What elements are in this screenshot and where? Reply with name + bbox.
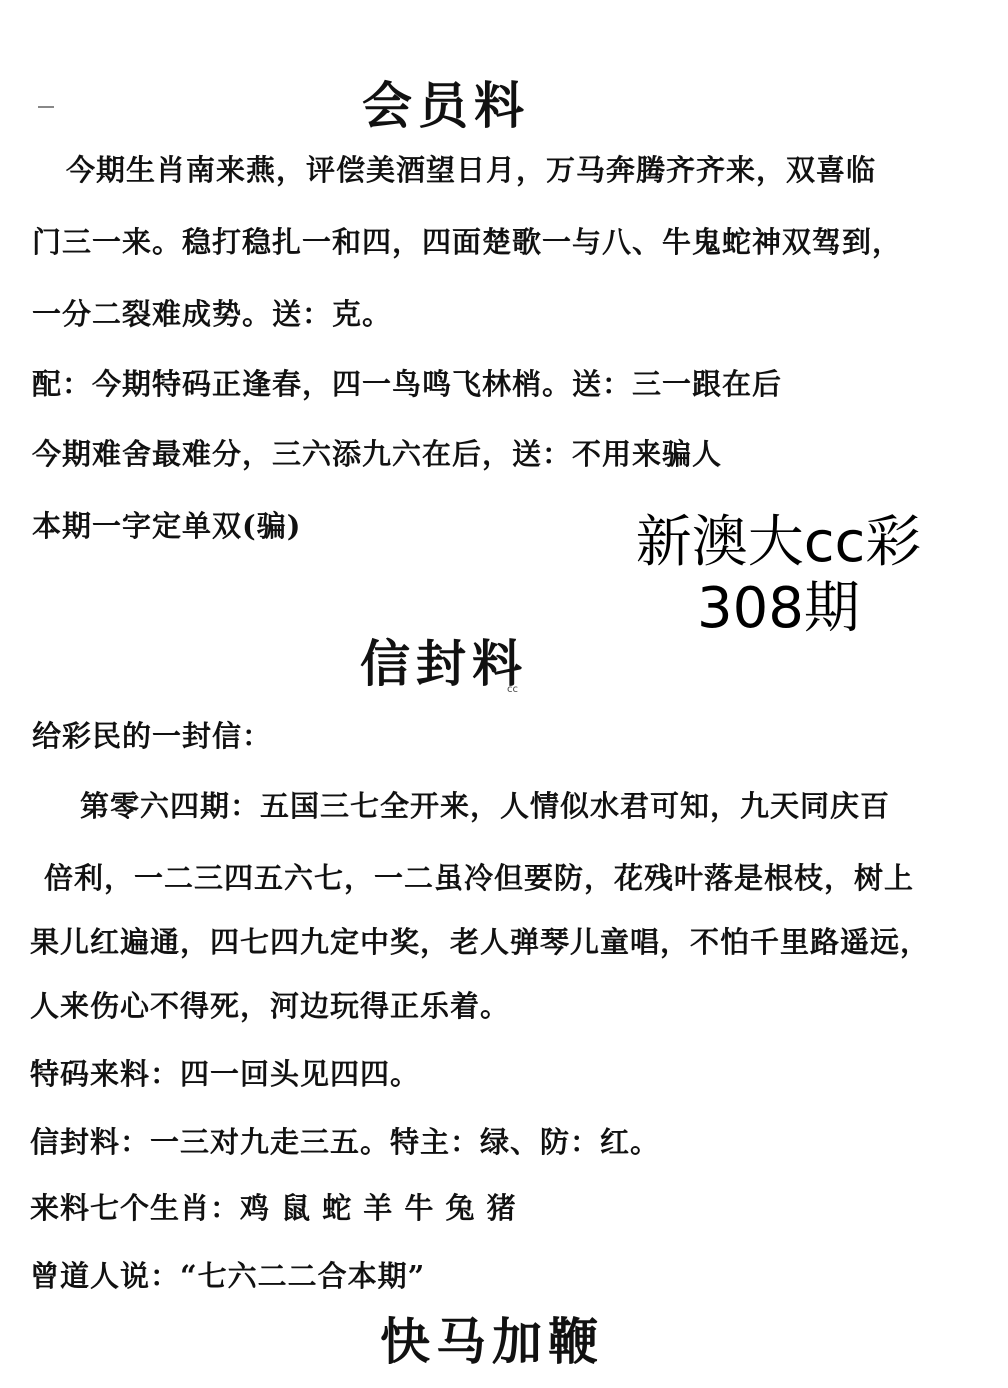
member-line-3: 一分二裂难成势。送：克。 xyxy=(32,292,392,333)
member-line-6: 本期一字定单双(骗) xyxy=(32,504,301,545)
envelope-line-1: 给彩民的一封信： xyxy=(32,714,272,755)
member-line-4: 配：今期特码正逢春，四一鸟鸣飞林梢。送：三一跟在后 xyxy=(32,362,782,403)
envelope-line-7: 信封料：一三对九走三五。特主：绿、防：红。 xyxy=(30,1120,660,1161)
section-title-member: 会员料 xyxy=(362,66,530,138)
envelope-line-4: 果儿红遍通，四七四九定中奖，老人弹琴儿童唱，不怕千里路遥远， xyxy=(30,920,930,961)
member-line-1: 今期生肖南来燕，评偿美酒望日月，万马奔腾齐齐来，双喜临 xyxy=(66,148,876,189)
envelope-line-8: 来料七个生肖：鸡 鼠 蛇 羊 牛 兔 猪 xyxy=(30,1186,517,1227)
overlay-brand: 新澳大cc彩 xyxy=(606,510,951,576)
envelope-line-5: 人来伤心不得死，河边玩得正乐着。 xyxy=(30,984,510,1025)
footer-title: 快马加鞭 xyxy=(380,1302,604,1374)
section-title-envelope: 信封料 xyxy=(360,624,528,696)
member-line-2: 门三一来。稳打稳扎一和四，四面楚歌一与八、牛鬼蛇神双驾到， xyxy=(32,220,902,261)
member-line-5: 今期难舍最难分，三六添九六在后，送：不用来骗人 xyxy=(32,432,722,473)
envelope-line-3: 倍利，一二三四五六七，一二虽冷但要防，花残叶落是根枝，树上 xyxy=(44,856,914,897)
scan-mark xyxy=(38,106,54,108)
envelope-line-6: 特码来料：四一回头见四四。 xyxy=(30,1052,420,1093)
overlay-issue: 308期 xyxy=(606,576,951,642)
overlay-caption: 新澳大cc彩 308期 xyxy=(606,510,951,642)
envelope-line-9: 曾道人说：“七六二二合本期” xyxy=(30,1254,425,1295)
watermark: cc xyxy=(507,684,518,695)
envelope-line-2: 第零六四期：五国三七全开来，人情似水君可知，九天同庆百 xyxy=(80,784,890,825)
